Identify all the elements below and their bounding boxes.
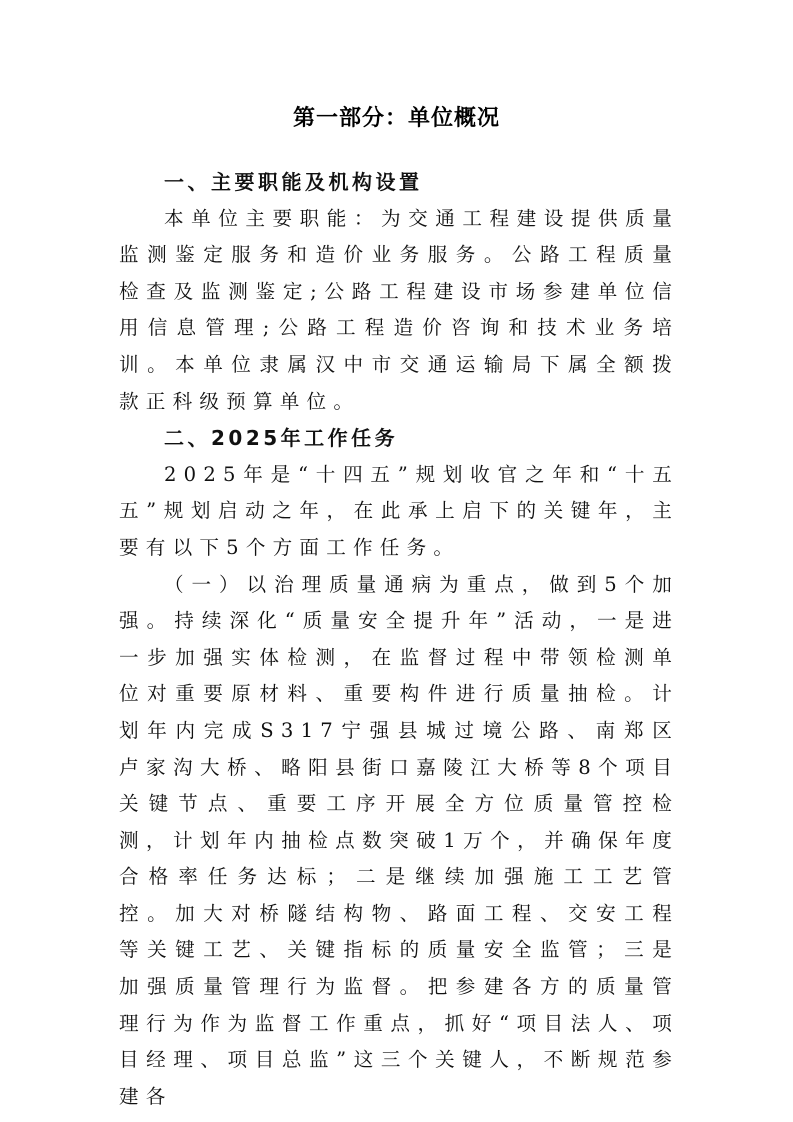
section-heading-tasks: 二、2025年工作任务	[119, 420, 679, 457]
document-body: 一、主要职能及机构设置 本单位主要职能：为交通工程建设提供质量监测鉴定服务和造价…	[119, 164, 679, 1115]
paragraph-task-one: （一）以治理质量通病为重点，做到5个加强。持续深化“质量安全提升年”活动，一是进…	[119, 567, 679, 1116]
paragraph-functions: 本单位主要职能：为交通工程建设提供质量监测鉴定服务和造价业务服务。公路工程质量检…	[119, 201, 679, 421]
section-heading-functions: 一、主要职能及机构设置	[119, 164, 679, 201]
paragraph-tasks-intro: 2025年是“十四五”规划收官之年和“十五五”规划启动之年，在此承上启下的关键年…	[119, 457, 679, 567]
document-page: 第一部分：单位概况 一、主要职能及机构设置 本单位主要职能：为交通工程建设提供质…	[0, 0, 793, 1122]
page-title: 第一部分：单位概况	[0, 101, 793, 132]
